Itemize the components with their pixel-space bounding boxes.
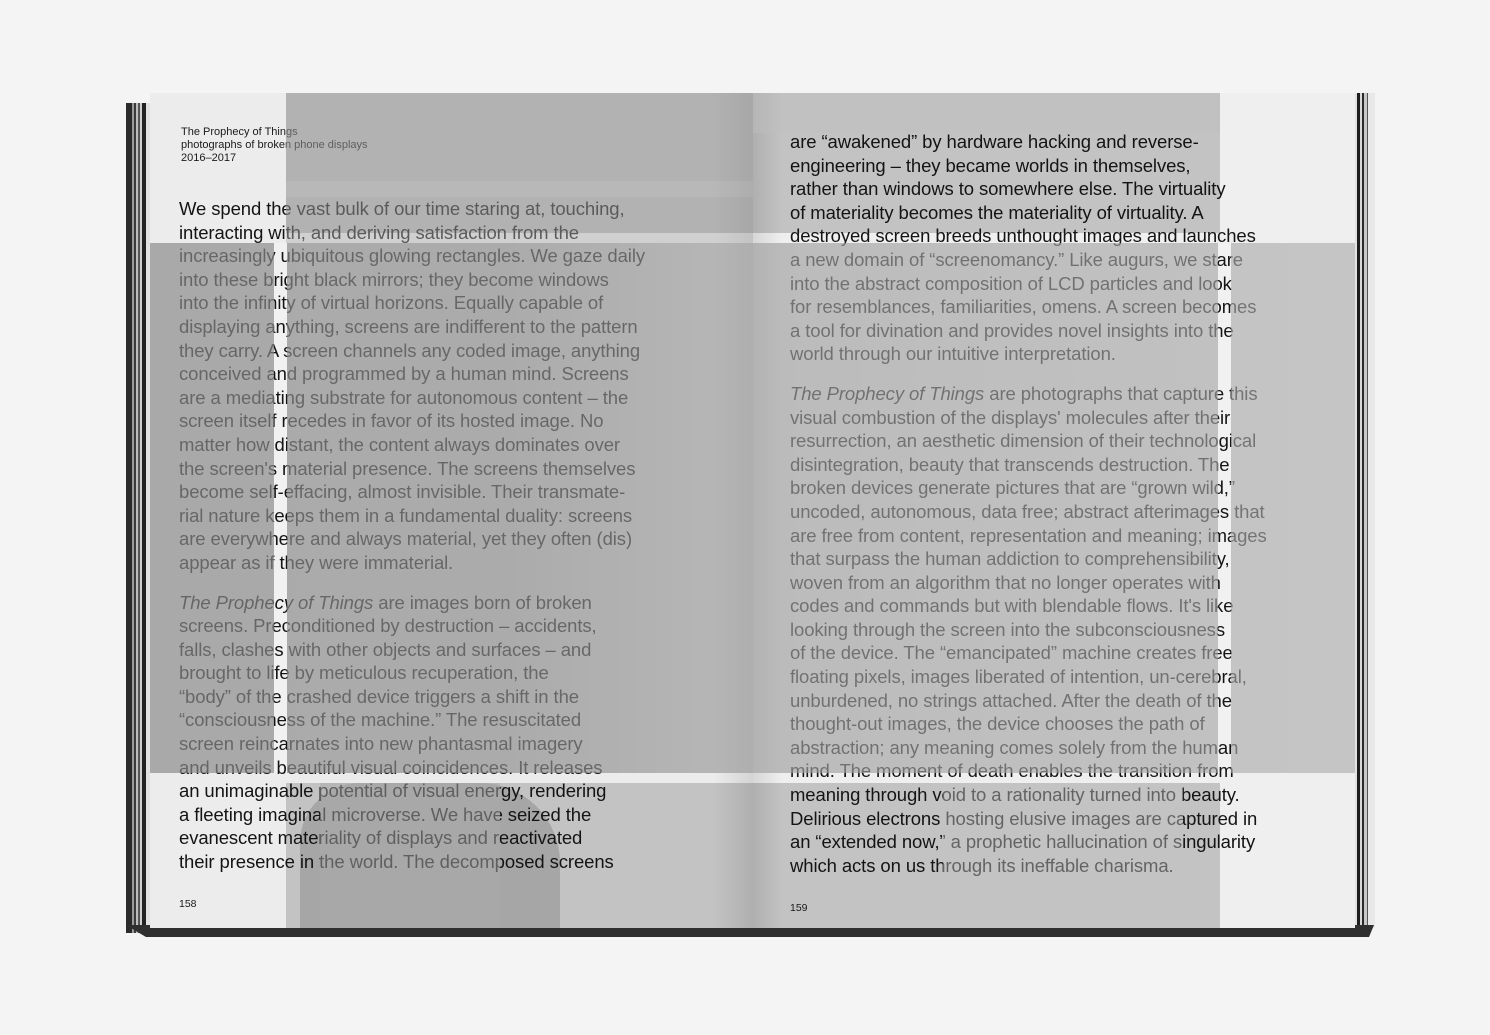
photo-text-fade bbox=[753, 93, 1220, 133]
text-line: are “awakened” by hardware hacking and r… bbox=[790, 130, 1267, 154]
open-book-spread: The Prophecy of Things photographs of br… bbox=[0, 0, 1490, 1035]
photo-text-fade bbox=[1231, 243, 1355, 773]
page-number-left: 158 bbox=[179, 898, 197, 910]
text-line: rather than windows to somewhere else. T… bbox=[790, 177, 1267, 201]
photo-text-fade bbox=[753, 243, 1218, 773]
photo-text-fade bbox=[320, 783, 500, 928]
left-page: The Prophecy of Things photographs of br… bbox=[150, 93, 753, 928]
right-page: are “awakened” by hardware hacking and r… bbox=[753, 93, 1355, 928]
left-page-block-edge bbox=[126, 103, 152, 933]
right-page-block-edge bbox=[1353, 93, 1375, 928]
photo-text-fade bbox=[287, 243, 753, 773]
photo-text-fade bbox=[286, 93, 753, 243]
text-line: of materiality becomes the materiality o… bbox=[790, 201, 1267, 225]
page-number-right: 159 bbox=[790, 902, 808, 914]
photo-text-fade bbox=[943, 783, 1183, 883]
text-line: engineering – they became worlds in them… bbox=[790, 154, 1267, 178]
photo-text-fade bbox=[150, 243, 274, 773]
